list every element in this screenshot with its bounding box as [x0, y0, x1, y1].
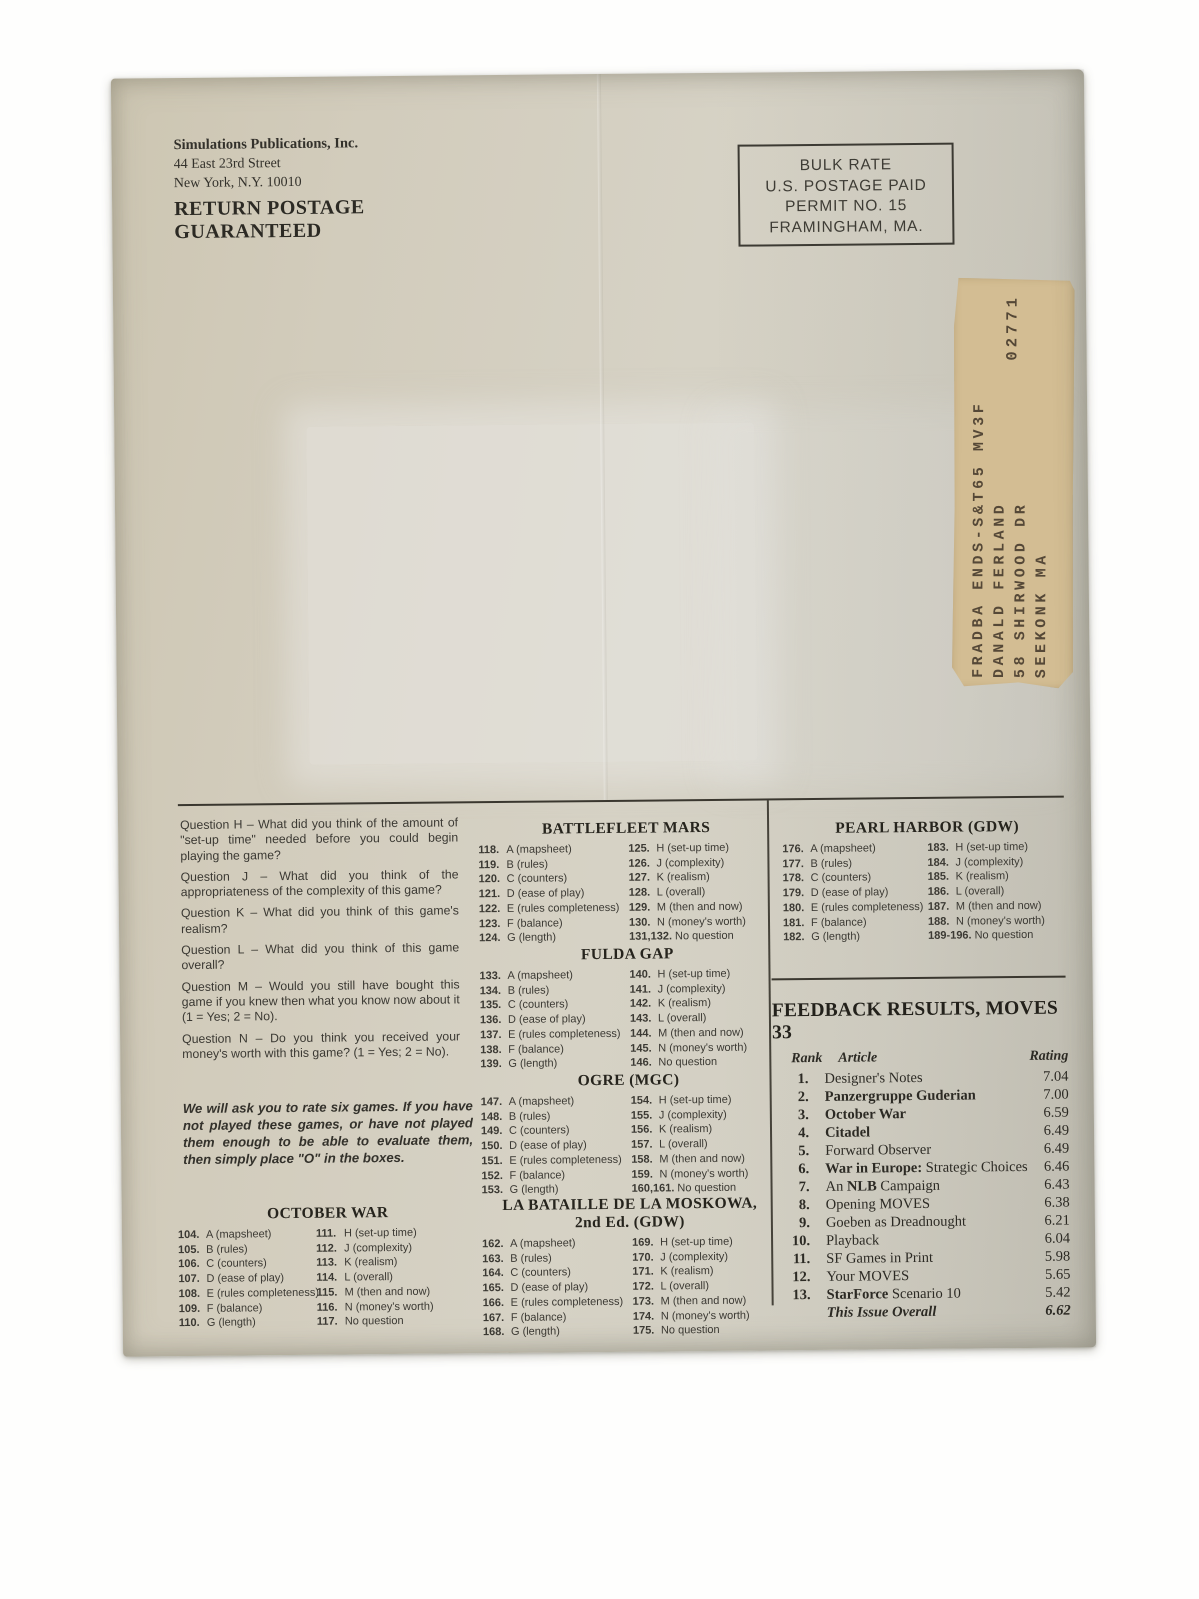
- rating-item: 104.A (mapsheet): [178, 1227, 316, 1243]
- rating-item-number: 125.: [628, 842, 653, 857]
- rating-item-number: 154.: [631, 1094, 656, 1109]
- rating-item-number: 180.: [783, 901, 808, 916]
- rating-item: 184.J (complexity): [927, 854, 1044, 870]
- feedback-rank: 1.: [772, 1070, 808, 1088]
- rating-item: 157.L (overall): [631, 1137, 748, 1153]
- feedback-rank: 13.: [775, 1286, 811, 1304]
- feedback-article: Citadel: [809, 1122, 1027, 1142]
- rating-item-column: 140.H (set-up time)141.J (complexity)142…: [629, 967, 747, 1071]
- label-line: SEEKONK MA: [1031, 401, 1053, 678]
- sender-address-block: Simulations Publications, Inc. 44 East 2…: [173, 133, 504, 244]
- rating-item: 150.D (ease of play): [481, 1138, 631, 1154]
- rating-item-number: 110.: [179, 1316, 204, 1331]
- return-postage-notice: RETURN POSTAGE GUARANTEED: [174, 195, 504, 244]
- question-paragraph: Question H – What did you think of the a…: [180, 815, 458, 864]
- rating-item: 163.B (rules): [482, 1250, 632, 1266]
- rating-item-number: 114.: [316, 1271, 341, 1286]
- rating-item-number: 179.: [783, 886, 808, 901]
- magazine-back-cover: Simulations Publications, Inc. 44 East 2…: [111, 69, 1096, 1356]
- rating-item: 171.K (realism): [632, 1264, 749, 1280]
- rating-item-number: 107.: [178, 1272, 203, 1287]
- rating-item: 143.L (overall): [630, 1011, 747, 1027]
- rating-item-number: 189-196.: [928, 929, 972, 944]
- rating-item-column: 133.A (mapsheet)134.B (rules)135.C (coun…: [479, 968, 630, 1072]
- game-section-columns: 176.A (mapsheet)177.B (rules)178.C (coun…: [782, 840, 1073, 946]
- question-paragraph: Question J – What did you think of the a…: [180, 867, 458, 900]
- feedback-rating: 5.42: [1029, 1284, 1071, 1302]
- rating-item: 141.J (complexity): [630, 981, 747, 997]
- rating-item-number: 111.: [316, 1227, 341, 1242]
- feedback-rating: 6.49: [1027, 1140, 1069, 1158]
- rating-item: 167.F (balance): [483, 1309, 633, 1325]
- feedback-rank: 9.: [774, 1214, 810, 1232]
- feedback-rating: 6.49: [1027, 1122, 1069, 1140]
- game-section-fulda-gap: FULDA GAP133.A (mapsheet)134.B (rules)13…: [479, 944, 776, 1072]
- rating-item-number: 119.: [478, 858, 503, 873]
- rating-item: 137.E (rules completeness): [480, 1027, 630, 1043]
- rating-item: 186.L (overall): [928, 884, 1045, 900]
- game-section-columns: 104.A (mapsheet)105.B (rules)106.C (coun…: [178, 1225, 479, 1331]
- rating-item-number: 133.: [479, 969, 504, 984]
- column-header-rank: Rank: [772, 1051, 822, 1067]
- feedback-row: This Issue Overall6.62: [775, 1302, 1071, 1323]
- rating-item: 176.A (mapsheet): [782, 841, 927, 857]
- rating-item-number: 140.: [629, 968, 654, 983]
- rating-item-number: 130.: [629, 915, 654, 930]
- rating-item: 105.B (rules): [178, 1241, 316, 1257]
- rating-item-number: 113.: [316, 1256, 341, 1271]
- rating-item-number: 159.: [631, 1167, 656, 1182]
- feedback-rating: 6.62: [1029, 1302, 1071, 1320]
- game-section-battlefleet-mars: BATTLEFLEET MARS118.A (mapsheet)119.B (r…: [478, 818, 775, 946]
- game-section-october-war: OCTOBER WAR104.A (mapsheet)105.B (rules)…: [178, 1203, 479, 1331]
- game-section-ogre: OGRE (MGC)147.A (mapsheet)148.B (rules)1…: [480, 1070, 777, 1198]
- rating-item-number: 175.: [633, 1324, 658, 1339]
- rating-item-number: 182.: [783, 930, 808, 945]
- mailing-label: 02771 FRADBA ENDS-S&T65 MV3F DANALD FERL…: [952, 278, 1075, 689]
- rating-item: 183.H (set-up time): [927, 840, 1044, 856]
- rating-item-number: 178.: [783, 871, 808, 886]
- feedback-rank: 8.: [774, 1196, 810, 1214]
- feedback-table: 1.Designer's Notes7.042.Panzergruppe Gud…: [772, 1068, 1070, 1323]
- rating-item-number: 127.: [629, 871, 654, 886]
- rating-item: 151.E (rules completeness): [481, 1153, 631, 1169]
- rating-item: 155.J (complexity): [631, 1107, 748, 1123]
- feedback-rank: 10.: [774, 1232, 810, 1250]
- rating-item: 188.N (money's worth): [928, 913, 1045, 929]
- rating-item: 138.F (balance): [480, 1041, 630, 1057]
- rating-item-number: 147.: [481, 1095, 506, 1110]
- rating-item-number: 115.: [316, 1285, 341, 1300]
- feedback-table-header: Rank Article Rating: [772, 1049, 1068, 1068]
- rating-item-column: 154.H (set-up time)155.J (complexity)156…: [631, 1093, 749, 1197]
- rating-item: 134.B (rules): [480, 982, 630, 998]
- rating-item-number: 108.: [178, 1287, 203, 1302]
- rating-item: 148.B (rules): [481, 1108, 631, 1124]
- column-header-rating: Rating: [1029, 1049, 1068, 1065]
- rating-item: 180.E (rules completeness): [783, 900, 928, 916]
- rating-item: 117.No question: [317, 1314, 434, 1330]
- rating-item-number: 121.: [479, 887, 504, 902]
- rating-item-column: 147.A (mapsheet)148.B (rules)149.C (coun…: [481, 1094, 632, 1198]
- feedback-article: Opening MOVES: [810, 1194, 1028, 1214]
- feedback-article: This Issue Overall: [811, 1302, 1029, 1322]
- rating-item: 124.G (length): [479, 930, 629, 946]
- feedback-article: Designer's Notes: [808, 1068, 1026, 1088]
- feedback-rank: 4.: [773, 1124, 809, 1142]
- question-paragraph: Question K – What did you think of this …: [181, 904, 459, 937]
- feedback-title: FEEDBACK RESULTS, MOVES 33: [772, 998, 1068, 1045]
- game-section-title: LA BATAILLE DE LA MOSKOWA,: [482, 1194, 778, 1215]
- feedback-rank: 11.: [774, 1250, 810, 1268]
- rating-item-number: 162.: [482, 1237, 507, 1252]
- feedback-divider-rule: [772, 976, 1066, 981]
- rating-item: 123.F (balance): [479, 915, 629, 931]
- paper-fold-line: [597, 74, 608, 800]
- postage-line: BULK RATE: [740, 155, 952, 178]
- rating-item-number: 105.: [178, 1243, 203, 1258]
- rating-item: 169.H (set-up time): [632, 1235, 749, 1251]
- rating-item-number: 158.: [631, 1152, 656, 1167]
- rating-item-column: 169.H (set-up time)170.J (complexity)171…: [632, 1235, 750, 1339]
- rating-item: 154.H (set-up time): [631, 1093, 748, 1109]
- rating-item: 129.M (then and now): [629, 899, 746, 915]
- rating-item-number: 186.: [928, 885, 953, 900]
- game-section-columns: 118.A (mapsheet)119.B (rules)120.C (coun…: [478, 840, 775, 946]
- rating-item-number: 157.: [631, 1138, 656, 1153]
- rating-item: 181.F (balance): [783, 914, 928, 930]
- rating-item-number: 123.: [479, 916, 504, 931]
- rating-item-number: 142.: [630, 997, 655, 1012]
- feedback-article: An NLB Campaign: [809, 1176, 1027, 1196]
- rating-item: 162.A (mapsheet): [482, 1236, 632, 1252]
- rating-item: 109.F (balance): [179, 1300, 317, 1316]
- rating-item-number: 141.: [630, 982, 655, 997]
- rating-item-column: 183.H (set-up time)184.J (complexity)185…: [927, 840, 1045, 944]
- question-paragraph: Question L – What did you think of this …: [181, 940, 459, 973]
- game-section-pearl-harbor: PEARL HARBOR (GDW)176.A (mapsheet)177.B …: [782, 818, 1073, 946]
- mailing-label-rotated-text: 02771 FRADBA ENDS-S&T65 MV3F DANALD FERL…: [952, 278, 1075, 687]
- rating-item-number: 169.: [632, 1236, 657, 1251]
- rating-item: 182.G (length): [783, 929, 928, 945]
- rating-item-number: 174.: [633, 1309, 658, 1324]
- rating-item-number: 173.: [633, 1294, 658, 1309]
- rating-item: 120.C (counters): [479, 871, 629, 887]
- rating-item-number: 138.: [480, 1042, 505, 1057]
- questions-column: Question H – What did you think of the a…: [180, 815, 460, 1068]
- feedback-rating: 6.38: [1028, 1194, 1070, 1212]
- postage-line: U.S. POSTAGE PAID: [740, 175, 952, 198]
- rating-item: 126.J (complexity): [628, 855, 745, 871]
- rating-item: 173.M (then and now): [633, 1293, 750, 1309]
- rating-item-column: 104.A (mapsheet)105.B (rules)106.C (coun…: [178, 1227, 317, 1331]
- rating-item: 139.G (length): [480, 1056, 630, 1072]
- rating-item: 127.K (realism): [629, 870, 746, 886]
- feedback-rank: 7.: [773, 1178, 809, 1196]
- rating-item-number: 172.: [632, 1280, 657, 1295]
- feedback-rating: 5.98: [1028, 1248, 1070, 1266]
- rating-item: 110.G (length): [179, 1315, 317, 1331]
- rating-item-number: 116.: [317, 1300, 342, 1315]
- postage-line: FRAMINGHAM, MA.: [740, 216, 952, 239]
- rating-item-number: 143.: [630, 1012, 655, 1027]
- rating-item-number: 181.: [783, 916, 808, 931]
- rating-item-number: 168.: [483, 1325, 508, 1340]
- rating-item-number: 149.: [481, 1124, 506, 1139]
- question-paragraph: Question M – Would you still have bought…: [182, 977, 460, 1026]
- rating-item-column: 125.H (set-up time)126.J (complexity)127…: [628, 841, 746, 945]
- rating-item-number: 150.: [481, 1139, 506, 1154]
- rating-item: 119.B (rules): [478, 856, 628, 872]
- feedback-article: Goeben as Dreadnought: [810, 1212, 1028, 1232]
- rating-item: 165.D (ease of play): [482, 1280, 632, 1296]
- rating-item-number: 177.: [782, 857, 807, 872]
- feedback-rating: 6.04: [1028, 1230, 1070, 1248]
- rating-item-number: 134.: [480, 984, 505, 999]
- rating-item: 107.D (ease of play): [178, 1271, 316, 1287]
- rating-item: 189-196.No question: [928, 928, 1045, 944]
- rating-item-number: 164.: [482, 1266, 507, 1281]
- rating-item: 174.N (money's worth): [633, 1308, 750, 1324]
- rating-item-number: 124.: [479, 931, 504, 946]
- rating-item: 166.E (rules completeness): [483, 1295, 633, 1311]
- rating-item-number: 126.: [628, 856, 653, 871]
- rating-item: 121.D (ease of play): [479, 886, 629, 902]
- rating-item: 149.C (counters): [481, 1123, 631, 1139]
- rating-instructions: We will ask you to rate six games. If yo…: [183, 1097, 474, 1168]
- rating-item: 144.M (then and now): [630, 1025, 747, 1041]
- game-section-columns: 133.A (mapsheet)134.B (rules)135.C (coun…: [479, 966, 776, 1072]
- feedback-rating: 6.21: [1028, 1212, 1070, 1230]
- rating-item-number: 156.: [631, 1123, 656, 1138]
- feedback-results: FEEDBACK RESULTS, MOVES 33 Rank Article …: [772, 998, 1071, 1323]
- feedback-rating: 6.43: [1027, 1176, 1069, 1194]
- rating-item-number: 187.: [928, 899, 953, 914]
- rating-item: 172.L (overall): [632, 1279, 749, 1295]
- rating-item: 116.N (money's worth): [317, 1299, 434, 1315]
- feedback-article: Forward Observer: [809, 1140, 1027, 1160]
- rating-item: 118.A (mapsheet): [478, 842, 628, 858]
- feedback-rank: [775, 1304, 811, 1322]
- feedback-rank: 3.: [773, 1106, 809, 1124]
- feedback-article: War in Europe: Strategic Choices: [809, 1158, 1028, 1178]
- rating-item: 136.D (ease of play): [480, 1012, 630, 1028]
- rating-item-number: 151.: [481, 1154, 506, 1169]
- feedback-article: Panzergruppe Guderian: [809, 1086, 1027, 1106]
- rating-item: 130.N (money's worth): [629, 914, 746, 930]
- rating-item-number: 184.: [927, 855, 952, 870]
- rating-item: 152.F (balance): [481, 1167, 631, 1183]
- rating-item-number: 166.: [483, 1296, 508, 1311]
- label-line: 58 SHIRWOOD DR: [1010, 401, 1032, 678]
- rating-item: 145.N (money's worth): [630, 1040, 747, 1056]
- rating-item-number: 106.: [178, 1257, 203, 1272]
- rating-item-column: 162.A (mapsheet)163.B (rules)164.C (coun…: [482, 1236, 633, 1340]
- section-divider-rule: [178, 796, 1064, 807]
- rating-item: 114.L (overall): [316, 1270, 433, 1286]
- rating-item-number: 163.: [482, 1252, 507, 1267]
- rating-item-number: 171.: [632, 1265, 657, 1280]
- game-section-la-bataille: LA BATAILLE DE LA MOSKOWA,2nd Ed. (GDW)1…: [482, 1194, 779, 1340]
- feedback-rating: 6.59: [1027, 1104, 1069, 1122]
- feedback-article: StarForce Scenario 10: [811, 1284, 1029, 1304]
- rating-item-number: 170.: [632, 1250, 657, 1265]
- feedback-rank: 12.: [774, 1268, 810, 1286]
- rating-item: 178.C (counters): [783, 870, 928, 886]
- rating-item-number: 120.: [479, 872, 504, 887]
- feedback-rating: 5.65: [1028, 1266, 1070, 1284]
- rating-item-number: 117.: [317, 1315, 342, 1330]
- rating-item: 187.M (then and now): [928, 899, 1045, 915]
- rating-item: 158.M (then and now): [631, 1151, 748, 1167]
- rating-item: 135.C (counters): [480, 997, 630, 1013]
- rating-item: 111.H (set-up time): [316, 1226, 433, 1242]
- rating-item: 140.H (set-up time): [629, 967, 746, 983]
- feedback-article: SF Games in Print: [810, 1248, 1028, 1268]
- rating-item-number: 188.: [928, 914, 953, 929]
- rating-item: 179.D (ease of play): [783, 885, 928, 901]
- column-header-article: Article: [822, 1049, 1029, 1067]
- rating-item-number: 109.: [179, 1301, 204, 1316]
- rating-item: 159.N (money's worth): [631, 1166, 748, 1182]
- game-section-title: FULDA GAP: [479, 944, 775, 965]
- rating-item-number: 146.: [630, 1056, 655, 1071]
- game-section-title: OGRE (MGC): [480, 1070, 776, 1091]
- rating-item: 170.J (complexity): [632, 1249, 749, 1265]
- rating-item: 115.M (then and now): [316, 1284, 433, 1300]
- game-section-title: PEARL HARBOR (GDW): [782, 818, 1072, 839]
- rating-item-number: 128.: [629, 886, 654, 901]
- rating-item: 131,132.No question: [629, 929, 746, 945]
- rating-item-number: 118.: [478, 843, 503, 858]
- rating-item-number: 185.: [928, 870, 953, 885]
- publisher-city: New York, N.Y. 10010: [174, 171, 504, 193]
- rating-item-number: 153.: [482, 1183, 507, 1198]
- rating-item: 106.C (counters): [178, 1256, 316, 1272]
- rating-item-number: 131,132.: [629, 930, 672, 945]
- rating-item: 112.J (complexity): [316, 1240, 433, 1256]
- rating-item: 177.B (rules): [782, 856, 927, 872]
- rating-item: 142.K (realism): [630, 996, 747, 1012]
- rating-item-number: 104.: [178, 1228, 203, 1243]
- label-line: FRADBA ENDS-S&T65 MV3F: [968, 401, 990, 678]
- feedback-article: Your MOVES: [810, 1266, 1028, 1286]
- question-paragraph: Question N – Do you think you received y…: [182, 1029, 460, 1062]
- rating-item-number: 135.: [480, 998, 505, 1013]
- rating-item-number: 145.: [630, 1041, 655, 1056]
- game-section-subtitle: 2nd Ed. (GDW): [482, 1212, 778, 1233]
- subscriber-code: 02771: [1003, 294, 1021, 361]
- rating-item: 147.A (mapsheet): [481, 1094, 631, 1110]
- game-section-title: OCTOBER WAR: [178, 1203, 478, 1224]
- rating-item: 185.K (realism): [928, 869, 1045, 885]
- rating-item: 168.G (length): [483, 1324, 633, 1340]
- rating-item-column: 111.H (set-up time)112.J (complexity)113…: [316, 1226, 434, 1330]
- rating-item-number: 144.: [630, 1026, 655, 1041]
- feedback-rank: 5.: [773, 1142, 809, 1160]
- rating-item: 133.A (mapsheet): [479, 968, 629, 984]
- feedback-rating: 6.46: [1028, 1158, 1070, 1176]
- game-section-title: BATTLEFLEET MARS: [478, 818, 774, 839]
- rating-item-number: 137.: [480, 1028, 505, 1043]
- rating-item-number: 129.: [629, 900, 654, 915]
- feedback-rating: 7.00: [1027, 1086, 1069, 1104]
- feedback-rank: 2.: [773, 1088, 809, 1106]
- label-line: DANALD FERLAND: [989, 401, 1011, 678]
- game-section-columns: 147.A (mapsheet)148.B (rules)149.C (coun…: [481, 1092, 778, 1198]
- rating-item: 125.H (set-up time): [628, 841, 745, 857]
- rating-item-number: 152.: [481, 1168, 506, 1183]
- paper-light-patch: [306, 423, 757, 765]
- rating-item: 128.L (overall): [629, 885, 746, 901]
- rating-item: 156.K (realism): [631, 1122, 748, 1138]
- rating-item-number: 167.: [483, 1310, 508, 1325]
- rating-item-column: 176.A (mapsheet)177.B (rules)178.C (coun…: [782, 841, 928, 945]
- feedback-rating: 7.04: [1026, 1068, 1068, 1086]
- rating-item: 108.E (rules completeness): [178, 1286, 316, 1302]
- postage-permit-box: BULK RATE U.S. POSTAGE PAID PERMIT NO. 1…: [738, 143, 955, 247]
- rating-item-number: 136.: [480, 1013, 505, 1028]
- feedback-rank: 6.: [773, 1160, 809, 1178]
- rating-item-number: 176.: [782, 842, 807, 857]
- rating-item: 113.K (realism): [316, 1255, 433, 1271]
- rating-item-number: 122.: [479, 902, 504, 917]
- rating-item: 164.C (counters): [482, 1265, 632, 1281]
- rating-item-number: 183.: [927, 841, 952, 856]
- rating-item: 122.E (rules completeness): [479, 901, 629, 917]
- postage-line: PERMIT NO. 15: [740, 196, 952, 219]
- rating-item-number: 139.: [480, 1057, 505, 1072]
- subscriber-address: FRADBA ENDS-S&T65 MV3F DANALD FERLAND 58…: [968, 401, 1053, 679]
- rating-item-number: 112.: [316, 1241, 341, 1256]
- rating-item-column: 118.A (mapsheet)119.B (rules)120.C (coun…: [478, 842, 629, 946]
- rating-item: 146.No question: [630, 1055, 747, 1071]
- game-section-columns: 162.A (mapsheet)163.B (rules)164.C (coun…: [482, 1234, 779, 1340]
- rating-item: 175.No question: [633, 1323, 750, 1339]
- rating-item-number: 155.: [631, 1108, 656, 1123]
- feedback-article: October War: [809, 1104, 1027, 1124]
- feedback-article: Playback: [810, 1230, 1028, 1250]
- rating-item-number: 165.: [482, 1281, 507, 1296]
- rating-item-number: 148.: [481, 1110, 506, 1125]
